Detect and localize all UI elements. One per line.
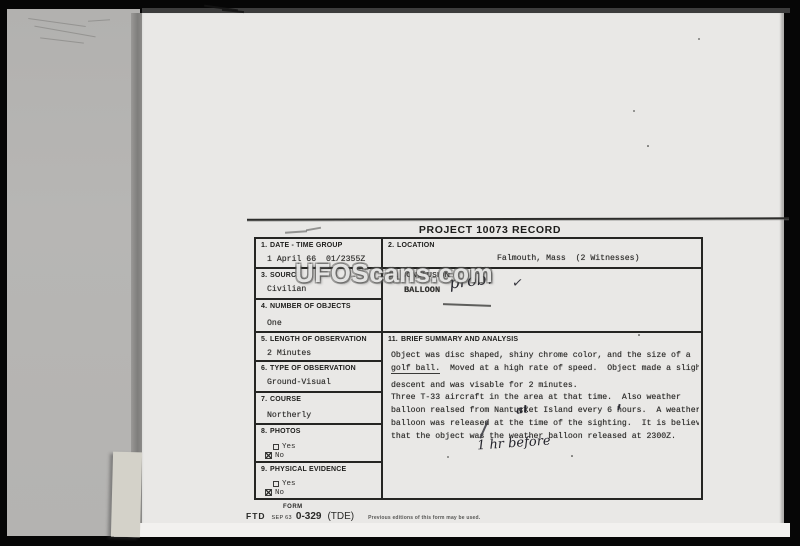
- photos-yes-option: Yes: [273, 442, 381, 451]
- form-word-label: FORM: [283, 504, 303, 510]
- agency-label: FTD: [246, 511, 266, 521]
- summary-text: Object was disc shaped, shiny chrome col…: [391, 350, 699, 444]
- paper-speck: [633, 110, 635, 112]
- field-number: 9.: [261, 466, 270, 474]
- summary-line: Three T-33 aircraft in the area at that …: [391, 392, 699, 405]
- checkbox-checked: [265, 489, 272, 496]
- summary-line: descent and was visable for 2 minutes.: [391, 380, 699, 393]
- underlined-phrase: golf ball.: [391, 364, 440, 374]
- paper-speck: [647, 145, 649, 147]
- field-number: 3.: [261, 272, 270, 280]
- page-bottom-edge: [114, 523, 790, 537]
- summary-line: balloon realsed from Nantucket Island ev…: [391, 405, 699, 418]
- field-number: 8.: [261, 428, 270, 436]
- field-number: 5.: [261, 336, 270, 344]
- field-value: One: [267, 319, 381, 328]
- evidence-no-option: No: [265, 488, 381, 497]
- footer-note: Previous editions of this form may be us…: [368, 515, 480, 521]
- watermark: UFOScans.com: [295, 258, 493, 289]
- field-label: LOCATION: [397, 242, 435, 249]
- field-physical-evidence: 9.PHYSICAL EVIDENCE Yes No: [256, 463, 381, 498]
- tape-strip: [111, 452, 142, 538]
- checkbox-checked: [265, 452, 272, 459]
- handwritten-checkmark: ✓: [511, 275, 524, 291]
- handwritten-at-correction: at: [515, 402, 529, 417]
- form-number-line: FTD SEP 63 0-329 (TDE) Previous editions…: [246, 511, 480, 522]
- field-value: Falmouth, Mass (2 Witnesses): [497, 254, 701, 263]
- field-label: TYPE OF OBSERVATION: [270, 365, 356, 372]
- form-number: 0-329: [296, 511, 322, 522]
- field-number: 2.: [388, 242, 397, 250]
- form-suffix: (TDE): [327, 511, 354, 522]
- field-label: BRIEF SUMMARY AND ANALYSIS: [401, 336, 518, 343]
- field-label: LENGTH OF OBSERVATION: [270, 336, 367, 343]
- field-number: 6.: [261, 365, 270, 373]
- field-photos: 8.PHOTOS Yes No: [256, 425, 381, 463]
- checkbox-empty: [273, 444, 279, 450]
- evidence-yes-option: Yes: [273, 479, 381, 488]
- field-course: 7.COURSE Northerly: [256, 393, 381, 425]
- field-brief-summary: 11.BRIEF SUMMARY AND ANALYSIS Object was…: [383, 333, 701, 498]
- field-number: 1.: [261, 242, 270, 250]
- summary-line: balloon was released at the time of the …: [391, 418, 699, 431]
- field-value: 2 Minutes: [267, 349, 381, 358]
- field-length-of-observation: 5.LENGTH OF OBSERVATION 2 Minutes: [256, 333, 381, 362]
- checkbox-empty: [273, 481, 279, 487]
- summary-line: golf ball. Moved at a high rate of speed…: [391, 363, 699, 376]
- field-label: PHOTOS: [270, 428, 301, 435]
- field-value: Northerly: [267, 411, 381, 420]
- field-label: COURSE: [270, 396, 301, 403]
- field-number: 11.: [388, 336, 401, 344]
- page-title: PROJECT 10073 RECORD: [400, 224, 580, 236]
- summary-line: Object was disc shaped, shiny chrome col…: [391, 350, 699, 363]
- field-value: Ground-Visual: [267, 378, 381, 387]
- field-number-of-objects: 4.NUMBER OF OBJECTS One: [256, 300, 381, 333]
- form-date-label: SEP 63: [272, 515, 292, 521]
- paper-speck: [698, 38, 700, 40]
- field-type-of-observation: 6.TYPE OF OBSERVATION Ground-Visual: [256, 362, 381, 393]
- photos-no-option: No: [265, 451, 381, 460]
- field-label: NUMBER OF OBJECTS: [270, 303, 351, 310]
- field-label: DATE - TIME GROUP: [270, 242, 343, 249]
- field-label: PHYSICAL EVIDENCE: [270, 466, 346, 473]
- field-number: 4.: [261, 303, 270, 311]
- field-number: 7.: [261, 396, 270, 404]
- scanned-document-page: PROJECT 10073 RECORD 1.DATE - TIME GROUP…: [0, 0, 800, 546]
